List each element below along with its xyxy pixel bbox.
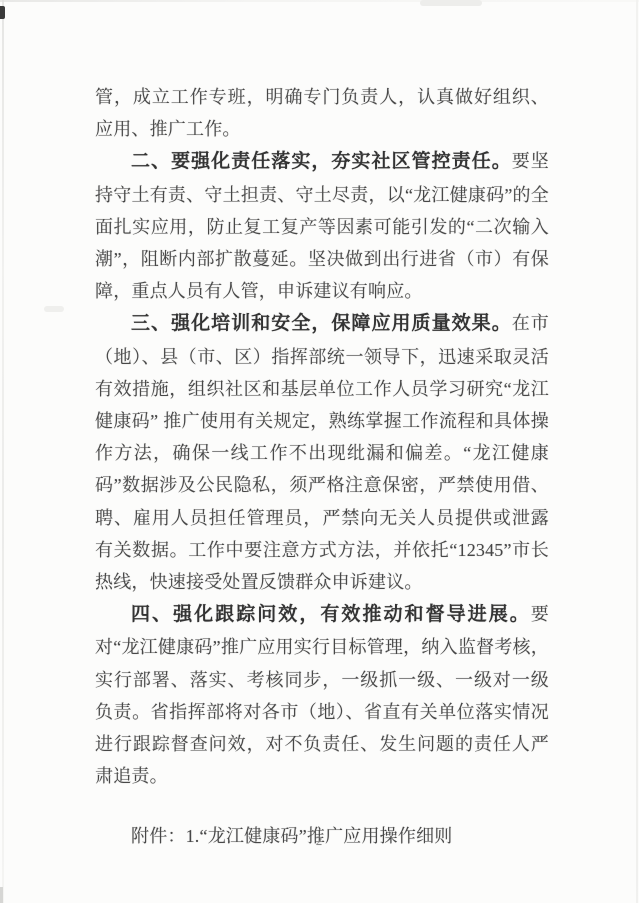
paragraph-section-2: 二、要强化责任落实，夯实社区管控责任。要坚持守土有责、守土担责、守土尽责，以“龙… [95, 145, 549, 307]
paragraph-continuation: 管，成立工作专班，明确专门负责人，认真做好组织、应用、推广工作。 [95, 81, 549, 145]
scan-artifact-smudge [44, 306, 64, 312]
paragraph-section-3: 三、强化培训和安全，保障应用质量效果。在市（地）、县（市、区）指挥部统一领导下，… [95, 307, 549, 598]
scan-artifact-smudge [420, 0, 482, 6]
paragraph-section-4: 四、强化跟踪问效，有效推动和督导进展。要对“龙江健康码”推广应用实行目标管理，纳… [95, 598, 549, 792]
page-number: 2 [0, 833, 639, 849]
scan-artifact-top-edge [0, 0, 639, 2]
scan-artifact-left-edge [2, 0, 4, 903]
paragraph-text: 管，成立工作专班，明确专门负责人，认真做好组织、应用、推广工作。 [95, 87, 549, 139]
scan-artifact-corner-notch [0, 6, 5, 19]
paragraph-text: 要坚持守土有责、守土担责、守土尽责，以“龙江健康码”的全面扎实应用，防止复工复产… [95, 151, 549, 301]
section-heading: 二、要强化责任落实，夯实社区管控责任。 [131, 151, 512, 172]
scan-artifact-right-edge [636, 0, 638, 903]
paragraph-text: 在市（地）、县（市、区）指挥部统一领导下，迅速采取灵活有效措施，组织社区和基层单… [95, 313, 549, 592]
section-heading: 四、强化跟踪问效，有效推动和督导进展。 [131, 604, 531, 625]
document-body: 管，成立工作专班，明确专门负责人，认真做好组织、应用、推广工作。 二、要强化责任… [95, 81, 549, 853]
paragraph-text: 要对“龙江健康码”推广应用实行目标管理，纳入监督考核，实行部署、落实、考核同步，… [95, 604, 549, 786]
scanned-document-page: 管，成立工作专班，明确专门负责人，认真做好组织、应用、推广工作。 二、要强化责任… [0, 0, 639, 903]
section-heading: 三、强化培训和安全，保障应用质量效果。 [131, 313, 512, 334]
scan-artifact-mark [0, 887, 3, 903]
